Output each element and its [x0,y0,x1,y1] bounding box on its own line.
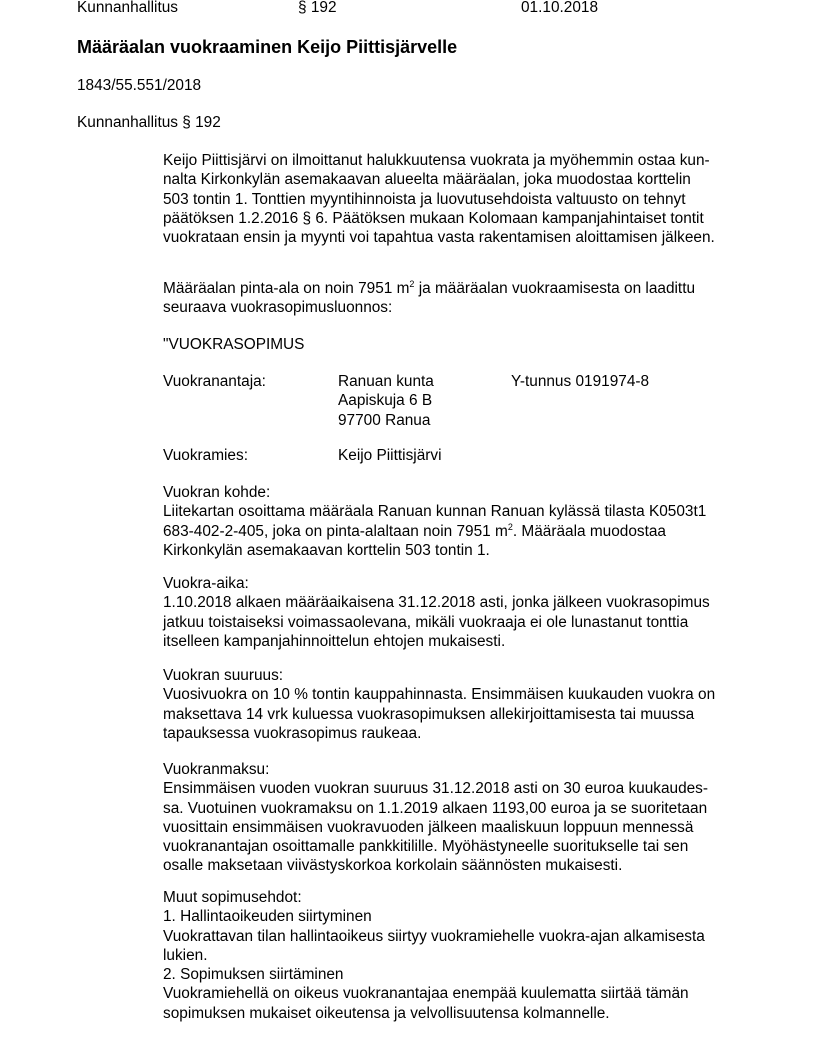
subject-section: Vuokran kohde: Liitekartan osoittama mää… [163,483,763,560]
intro-paragraph: Keijo Piittisjärvi on ilmoittanut halukk… [163,151,763,247]
text-line: Vuosivuokra on 10 % tontin kauppahinnast… [163,685,763,704]
text-line: vuokrataan ensin ja myynti voi tapahtua … [163,228,763,247]
contract-heading: "VUOKRASOPIMUS [163,335,304,354]
text-line: seuraava vuokrasopimusluonnos: [163,298,763,317]
text-line: 683-402-2-405, joka on pinta-alaltaan no… [163,522,763,541]
section-heading: Vuokran suuruus: [163,666,763,685]
section-heading: Vuokran kohde: [163,483,763,502]
text-line: Kirkonkylän asemakaavan korttelin 503 to… [163,541,763,560]
area-paragraph: Määräalan pinta-ala on noin 7951 m2 ja m… [163,279,763,318]
text-line: Liitekartan osoittama määräala Ranuan ku… [163,502,763,521]
text-line: 503 tontin 1. Tonttien myyntihinnoista j… [163,190,763,209]
text-fragment: . Määräala muodostaa [513,523,666,540]
text-line: sopimuksen mukaiset oikeutensa ja velvol… [163,1004,763,1023]
body-reference: Kunnanhallitus § 192 [77,113,221,133]
rent-amount-section: Vuokran suuruus: Vuosivuokra on 10 % ton… [163,666,763,743]
lessor-address: Ranuan kunta Aapiskuja 6 B 97700 Ranua [338,372,434,430]
text-line: sa. Vuotuinen vuokramaksu on 1.1.2019 al… [163,799,763,818]
text-line: 1.10.2018 alkaen määräaikaisena 31.12.20… [163,593,763,612]
section-heading: Vuokranmaksu: [163,760,763,779]
section-heading: Muut sopimusehdot: [163,888,763,907]
text-line: Keijo Piittisjärvi on ilmoittanut halukk… [163,151,763,170]
text-line: Ensimmäisen vuoden vuokran suuruus 31.12… [163,779,763,798]
text-line: maksettava 14 vrk kuluessa vuokrasopimuk… [163,705,763,724]
text-line: vuokranantajan osoittamalle pankkitilill… [163,837,763,856]
lessee-name: Keijo Piittisjärvi [338,446,442,465]
text-line: 2. Sopimuksen siirtäminen [163,965,763,984]
text-fragment: ja määräalan vuokraamisesta on laadittu [414,280,695,297]
text-line: vuosittain ensimmäisen vuokravuoden jälk… [163,818,763,837]
lessor-postal: 97700 Ranua [338,411,434,430]
term-section: Vuokra-aika: 1.10.2018 alkaen määräaikai… [163,574,763,651]
text-fragment: Määräalan pinta-ala on noin 7951 m [163,280,409,297]
text-line: päätöksen 1.2.2016 § 6. Päätöksen mukaan… [163,209,763,228]
header-date: 01.10.2018 [521,0,598,18]
text-line: Vuokrattavan tilan hallintaoikeus siirty… [163,927,763,946]
lessor-business-id: Y-tunnus 0191974-8 [511,372,649,391]
lessor-street: Aapiskuja 6 B [338,391,434,410]
text-line: jatkuu toistaiseksi voimassaolevana, mik… [163,613,763,632]
text-line: Vuokramiehellä on oikeus vuokranantajaa … [163,984,763,1003]
lessee-label: Vuokramies: [163,446,248,465]
rent-payment-section: Vuokranmaksu: Ensimmäisen vuoden vuokran… [163,760,763,876]
text-fragment: 683-402-2-405, joka on pinta-alaltaan no… [163,523,508,540]
lessor-label: Vuokranantaja: [163,372,266,391]
text-line: tapauksessa vuokrasopimus raukeaa. [163,724,763,743]
text-line: lukien. [163,946,763,965]
document-title: Määräalan vuokraaminen Keijo Piittisjärv… [77,36,457,58]
text-line: Määräalan pinta-ala on noin 7951 m2 ja m… [163,279,763,298]
header-body: Kunnanhallitus [77,0,178,18]
section-heading: Vuokra-aika: [163,574,763,593]
text-line: 1. Hallintaoikeuden siirtyminen [163,907,763,926]
text-line: nalta Kirkonkylän asemakaavan alueelta m… [163,170,763,189]
text-line: osalle maksetaan viivästyskorkoa korkola… [163,856,763,875]
header-section: § 192 [298,0,337,18]
other-terms-section: Muut sopimusehdot: 1. Hallintaoikeuden s… [163,888,763,1023]
lessor-name: Ranuan kunta [338,372,434,391]
record-number: 1843/55.551/2018 [77,76,201,96]
text-line: itselleen kampanjahinnoittelun ehtojen m… [163,632,763,651]
